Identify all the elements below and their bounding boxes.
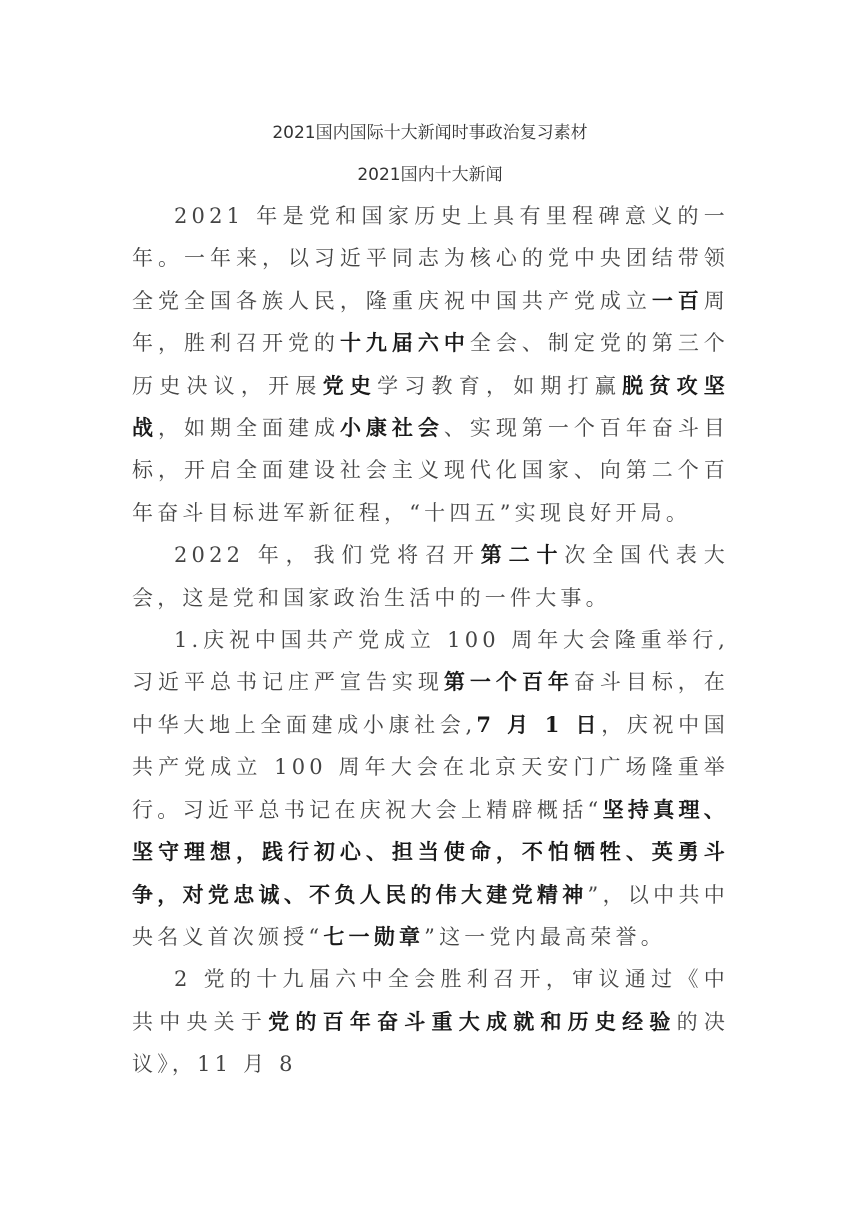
paragraph-news-item-2: 2 党的十九届六中全会胜利召开，审议通过《中共中央关于党的百年奋斗重大成就和历史…: [132, 958, 729, 1085]
emphasized-text: 七一勋章: [323, 924, 424, 949]
section-heading: 2021国内十大新闻: [0, 160, 860, 185]
emphasized-text: 十九届六中: [340, 330, 470, 355]
body-text-run: ，如期全面建成: [158, 416, 340, 440]
document-body: 2021 年是党和国家历史上具有里程碑意义的一年。一年来，以习近平同志为核心的党…: [132, 195, 729, 1086]
paragraph-2022-congress: 2022 年，我们党将召开第二十次全国代表大会，这是党和国家政治生活中的一件大事…: [132, 534, 729, 619]
document-title: 2021国内国际十大新闻时事政治复习素材: [0, 118, 860, 143]
emphasized-text: 第二十: [481, 542, 565, 567]
paragraph-news-item-1: 1.庆祝中国共产党成立 100 周年大会隆重举行,习近平总书记庄严宣告实现第一个…: [132, 619, 729, 958]
emphasized-text: 党史: [323, 373, 377, 398]
emphasized-text: 7 月 1 日: [476, 712, 601, 737]
document-page: 2021国内国际十大新闻时事政治复习素材 2021国内十大新闻 2021 年是党…: [0, 0, 860, 1216]
emphasized-text: 小康社会: [340, 415, 444, 440]
emphasized-text: 党的百年奋斗重大成就和历史经验: [268, 1009, 676, 1034]
emphasized-text: 一百: [652, 288, 704, 313]
body-text-run: 2021 年是党和国家历史上具有里程碑意义的一年。一年来，以习近平同志为核心的党…: [132, 204, 729, 313]
emphasized-text: 第一个百年: [444, 669, 574, 694]
body-text-run: 学习教育，如期打赢: [377, 374, 622, 398]
body-text-run: ”这一党内最高荣誉。: [424, 925, 666, 949]
paragraph-intro-2021: 2021 年是党和国家历史上具有里程碑意义的一年。一年来，以习近平同志为核心的党…: [132, 195, 729, 534]
body-text-run: 2022 年，我们党将召开: [174, 543, 481, 567]
